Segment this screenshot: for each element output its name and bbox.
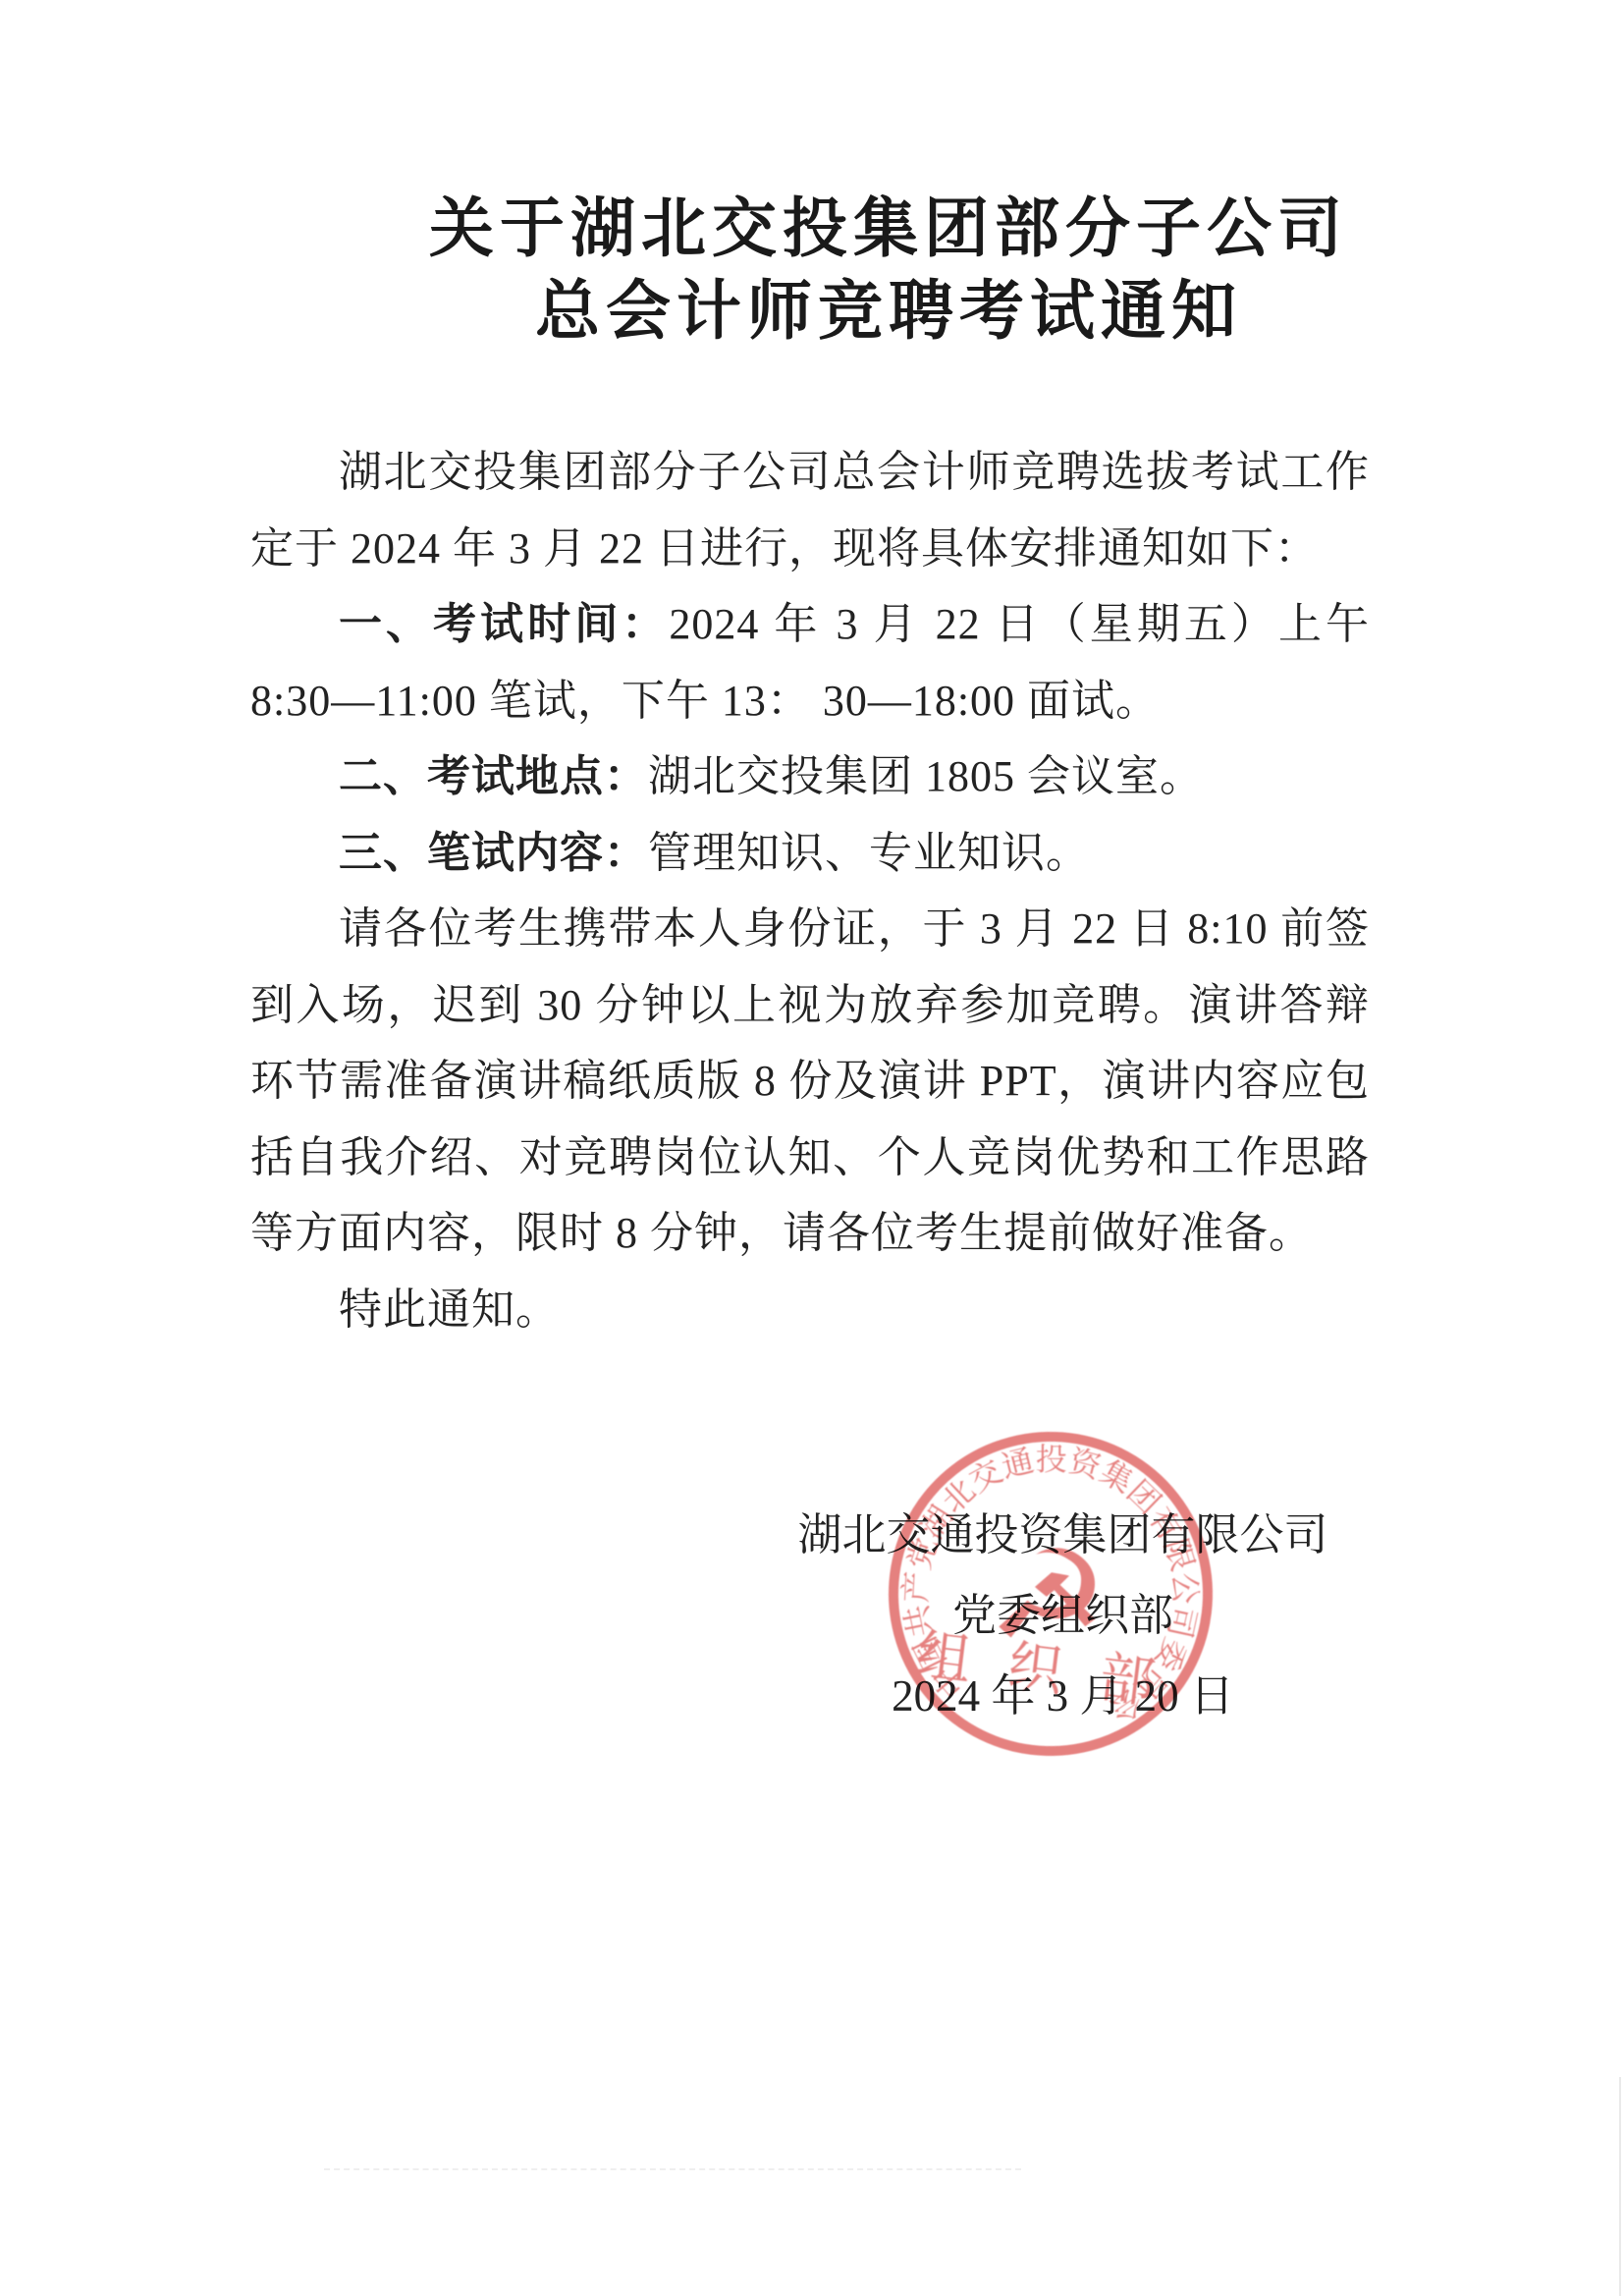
scan-artifact-line	[324, 2168, 1021, 2170]
document-title: 关于湖北交投集团部分子公司 总会计师竞聘考试通知	[77, 189, 1624, 354]
scan-page-edge	[1619, 2077, 1621, 2296]
paragraph-run: 湖北交投集团部分子公司总会计师竞聘选拔考试工作定于 2024 年 3 月 22 …	[250, 448, 1370, 573]
paragraph: 特此通知。	[250, 1272, 1370, 1348]
paragraph: 一、考试时间：2024 年 3 月 22 日（星期五）上午 8:30—11:00…	[250, 586, 1370, 738]
paragraph: 请各位考生携带本人身份证，于 3 月 22 日 8:10 前签到入场，迟到 30…	[250, 891, 1370, 1272]
paragraph-run: 特此通知。	[339, 1285, 560, 1334]
paragraph-run-bold: 三、笔试内容：	[339, 829, 648, 877]
paragraph-run: 请各位考生携带本人身份证，于 3 月 22 日 8:10 前签到入场，迟到 30…	[250, 904, 1370, 1257]
document-body: 湖北交投集团部分子公司总会计师竞聘选拔考试工作定于 2024 年 3 月 22 …	[250, 434, 1370, 1347]
paragraph: 二、考试地点：湖北交投集团 1805 会议室。	[250, 738, 1370, 815]
paragraph: 湖北交投集团部分子公司总会计师竞聘选拔考试工作定于 2024 年 3 月 22 …	[250, 434, 1370, 586]
title-line-2: 总会计师竞聘考试通知	[77, 271, 1624, 354]
paragraph-run-bold: 二、考试地点：	[339, 752, 648, 800]
official-seal: 中国共产党湖北交通投资集团有限公司委员会 ☭ 组 织 部	[859, 1402, 1242, 1785]
document-page: 关于湖北交投集团部分子公司 总会计师竞聘考试通知 湖北交投集团部分子公司总会计师…	[0, 0, 1624, 2296]
title-line-1: 关于湖北交投集团部分子公司	[77, 189, 1624, 271]
paragraph: 三、笔试内容：管理知识、专业知识。	[250, 815, 1370, 892]
paragraph-run-bold: 一、考试时间：	[339, 600, 669, 648]
paragraph-run: 湖北交投集团 1805 会议室。	[648, 752, 1204, 800]
paragraph-run: 管理知识、专业知识。	[648, 829, 1090, 877]
